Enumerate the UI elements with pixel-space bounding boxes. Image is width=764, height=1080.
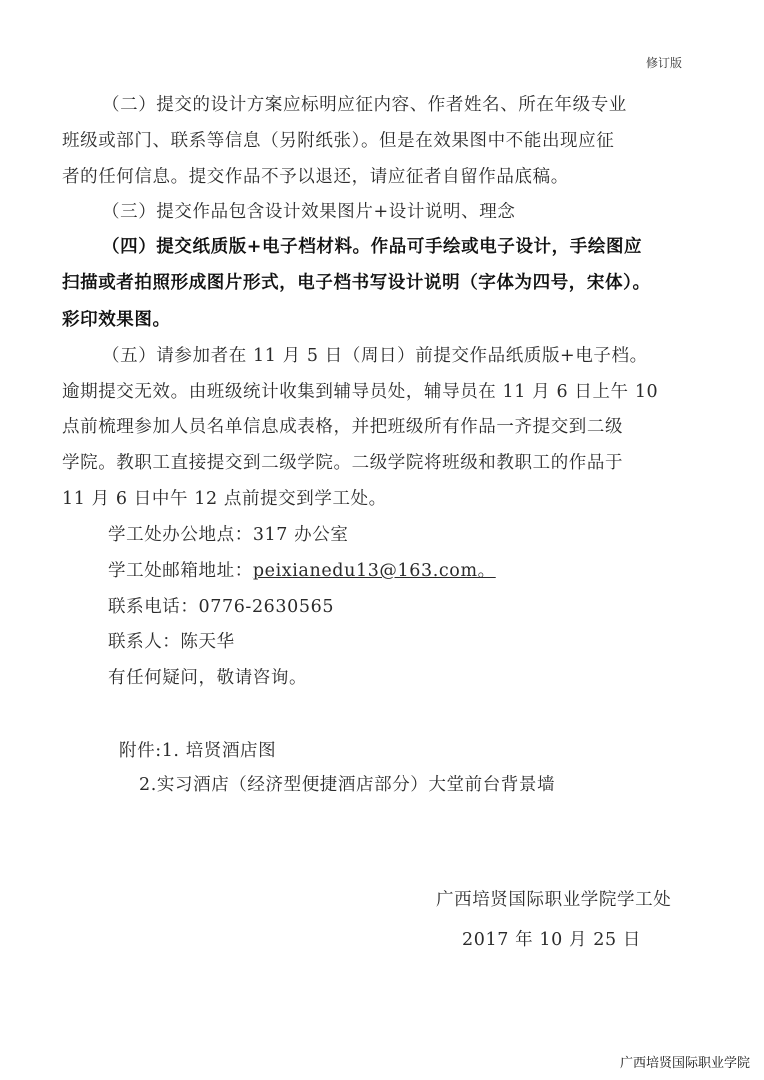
section-four-line-1: （四）提交纸质版+电子档材料。作品可手绘或电子设计，手绘图应 — [102, 236, 642, 258]
section-two-line-2: 班级或部门、联系等信息（另附纸张）。但是在效果图中不能出现应征 — [62, 130, 614, 152]
section-five-line-1: （五）请参加者在 11 月 5 日（周日）前提交作品纸质版+电子档。 — [102, 345, 648, 367]
footer-brand: 广西培贤国际职业学院 — [620, 1052, 750, 1071]
email-link[interactable]: peixianedu13@163.com。 — [253, 561, 496, 581]
attachment-item: 2.实习酒店（经济型便捷酒店部分）大堂前台背景墙 — [139, 774, 555, 796]
phone-value: 0776-2630565 — [199, 597, 335, 617]
section-four-line-2: 扫描或者拍照形成图片形式，电子档书写设计说明（字体为四号，宋体）。 — [62, 272, 651, 294]
attachments-label: 附件: — [119, 741, 162, 761]
section-four-line-3: 彩印效果图。 — [62, 309, 171, 331]
signature-date: 2017 年 10 月 25 日 — [462, 929, 641, 951]
section-three-line-1: （三）提交作品包含设计效果图片+设计说明、理念 — [102, 201, 515, 223]
office-location: 学工处办公地点：317 办公室 — [108, 524, 348, 546]
office-value: 317 办公室 — [253, 525, 349, 545]
person-label: 联系人： — [108, 632, 180, 652]
phone-label: 联系电话： — [108, 597, 199, 617]
revision-label: 修订版 — [646, 54, 682, 71]
section-five-line-2: 逾期提交无效。由班级统计收集到辅导员处，辅导员在 11 月 6 日上午 10 — [62, 381, 658, 403]
section-five-line-5: 11 月 6 日中午 12 点前提交到学工处。 — [62, 488, 387, 510]
contact-phone: 联系电话：0776-2630565 — [108, 596, 334, 618]
section-two-line-3: 者的任何信息。提交作品不予以退还，请应征者自留作品底稿。 — [62, 166, 569, 188]
email-label: 学工处邮箱地址： — [108, 561, 253, 581]
signature-org: 广西培贤国际职业学院学工处 — [436, 889, 671, 911]
contact-person: 联系人：陈天华 — [108, 631, 235, 653]
person-value: 陈天华 — [180, 632, 234, 652]
attachment-item: 1. 培贤酒店图 — [162, 741, 277, 761]
section-five-line-4: 学院。教职工直接提交到二级学院。二级学院将班级和教职工的作品于 — [62, 452, 623, 474]
office-label: 学工处办公地点： — [108, 525, 253, 545]
section-five-line-3: 点前梳理参加人员名单信息成表格，并把班级所有作品一齐提交到二级 — [62, 416, 623, 438]
attachment-line-1: 附件:1. 培贤酒店图 — [119, 740, 276, 762]
email-address: 学工处邮箱地址：peixianedu13@163.com。 — [108, 560, 496, 582]
closing-note: 有任何疑问，敬请咨询。 — [108, 667, 307, 689]
section-two-line-1: （二）提交的设计方案应标明应征内容、作者姓名、所在年级专业 — [102, 94, 627, 116]
